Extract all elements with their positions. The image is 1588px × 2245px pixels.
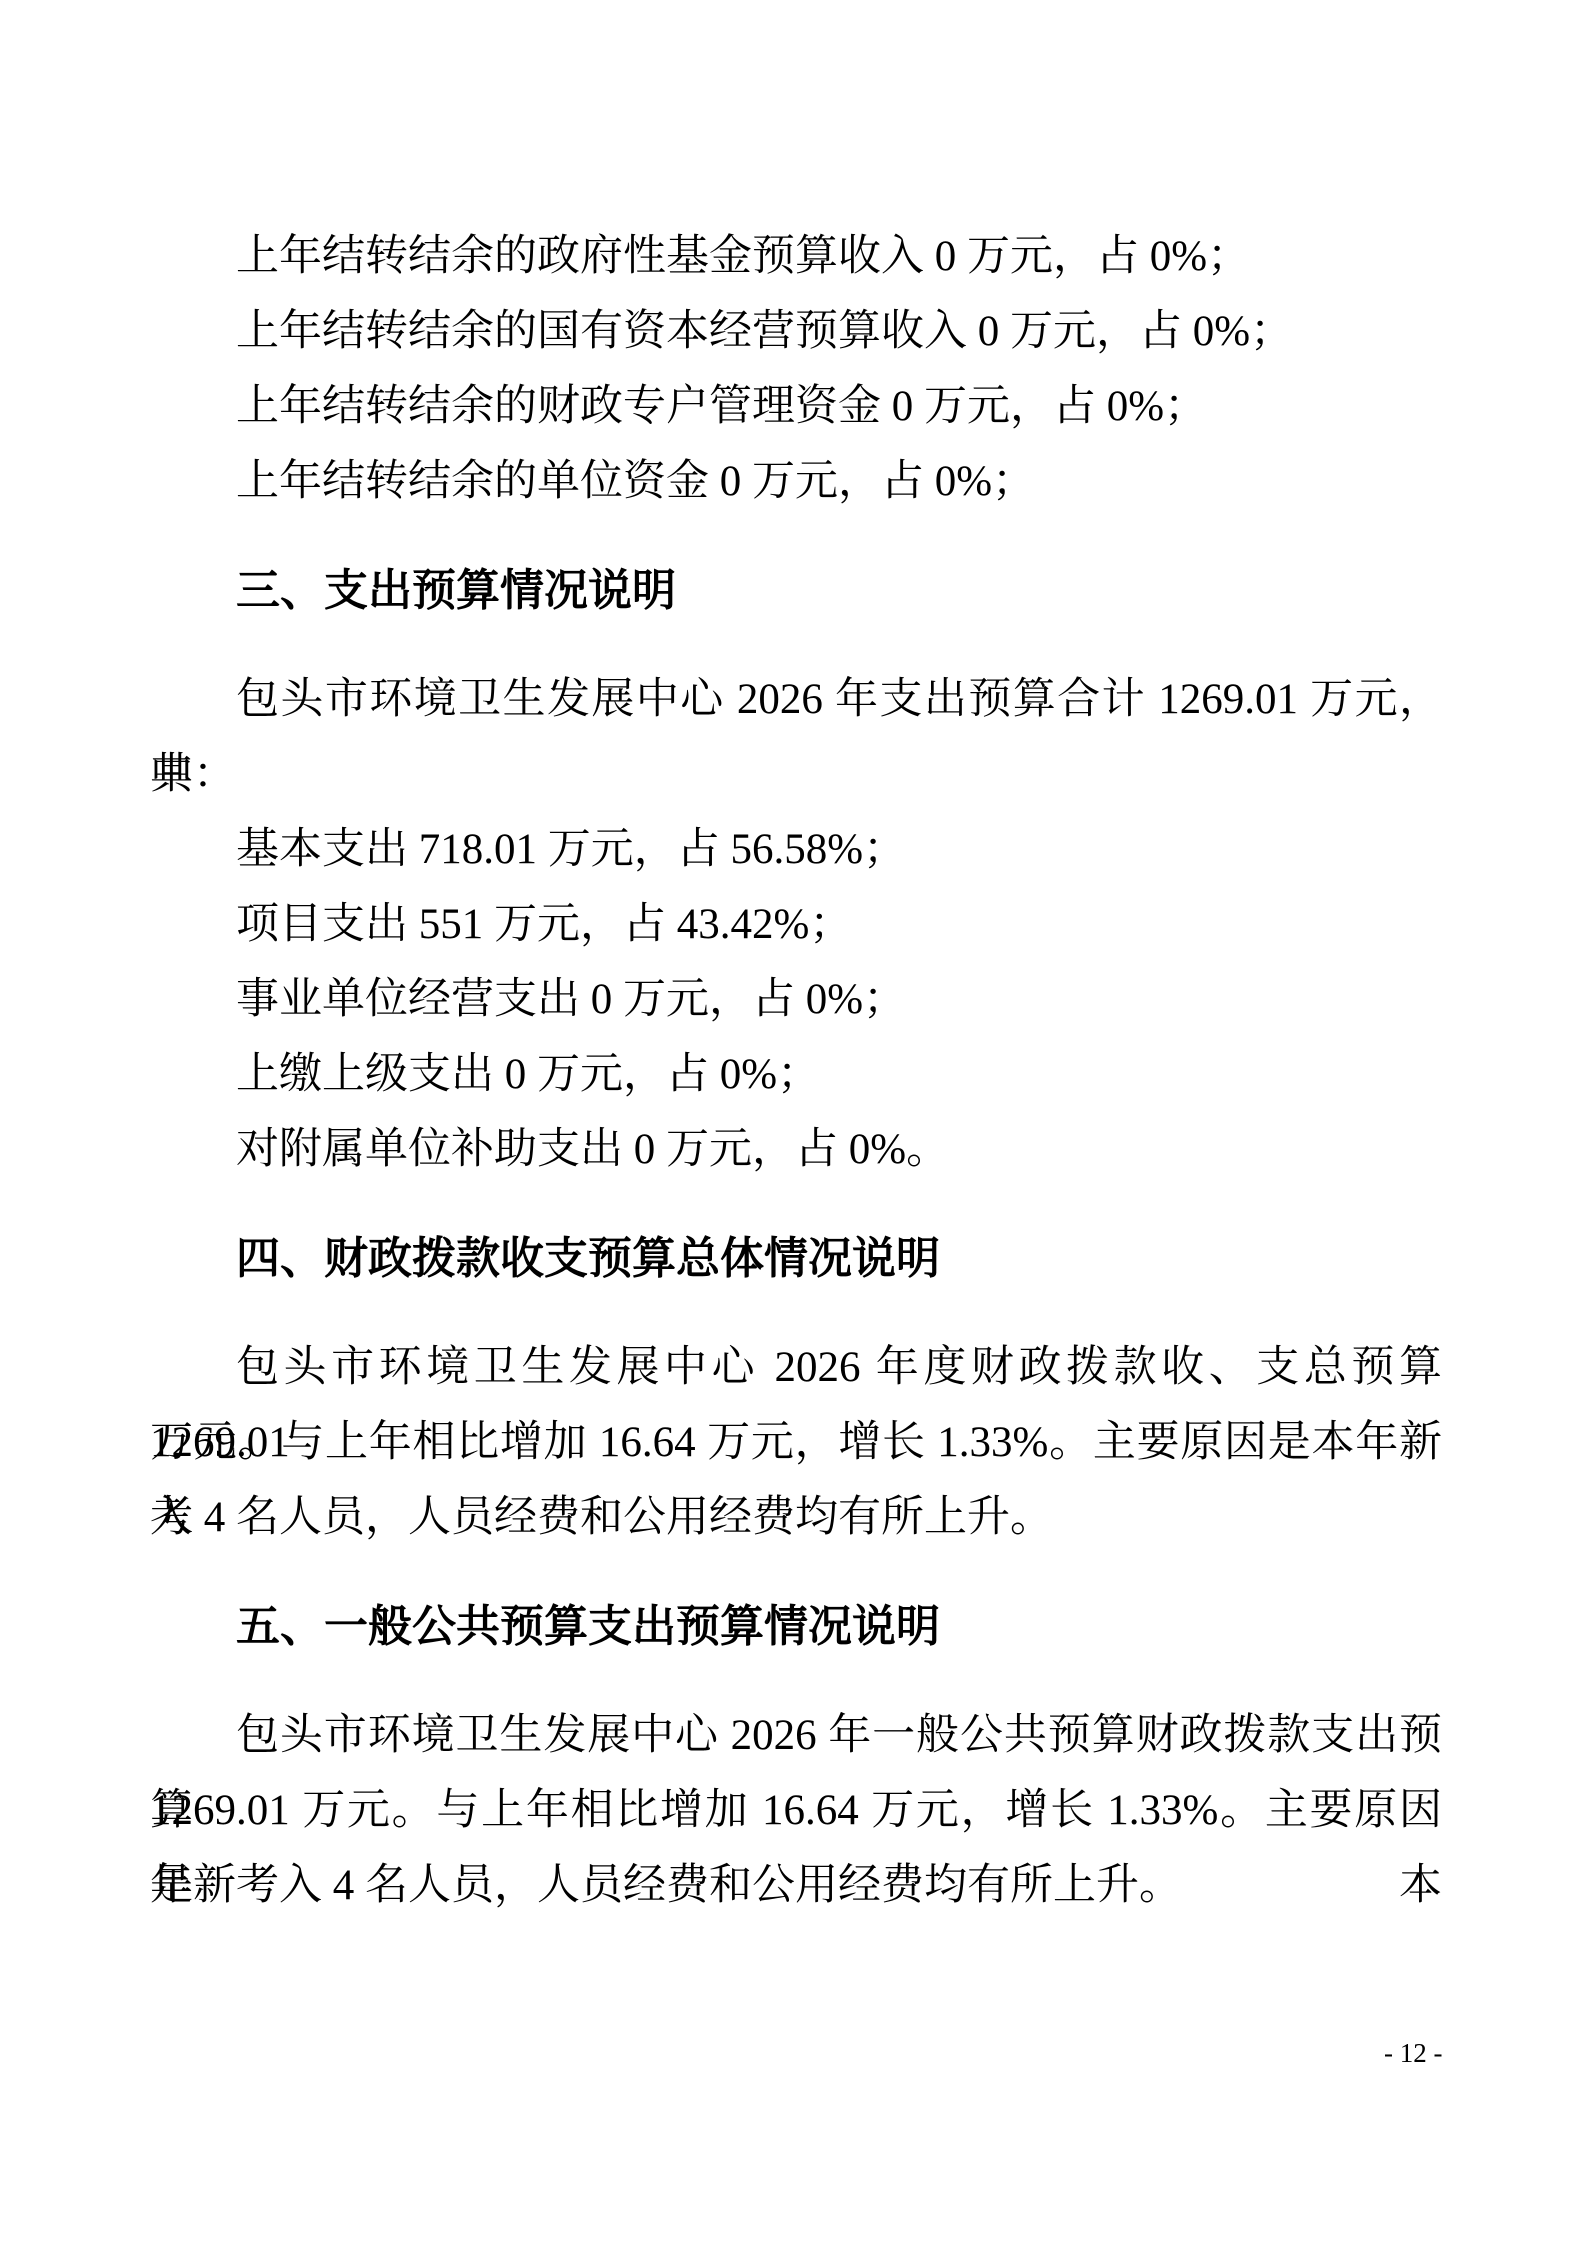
section3-paragraph-line2: 中： [150,737,1442,812]
carryover-line-statecapital: 上年结转结余的国有资本经营预算收入 0 万元，占 0%； [150,294,1442,369]
section3-item-upward-payment: 上缴上级支出 0 万元，占 0%； [150,1037,1442,1112]
section4-paragraph-line3: 入 4 名人员，人员经费和公用经费均有所上升。 [150,1480,1442,1555]
page-number: - 12 - [1384,2036,1442,2070]
carryover-line-unitfunds: 上年结转结余的单位资金 0 万元，占 0%； [150,444,1442,519]
section3-item-operating-expense: 事业单位经营支出 0 万元，占 0%； [150,962,1442,1037]
section3-item-subsidy-expense: 对附属单位补助支出 0 万元，占 0%。 [150,1112,1442,1187]
section5-paragraph-line1: 包头市环境卫生发展中心 2026 年一般公共预算财政拨款支出预算 [150,1698,1442,1773]
carryover-line-fiscalaccount: 上年结转结余的财政专户管理资金 0 万元，占 0%； [150,369,1442,444]
carryover-line-govfund: 上年结转结余的政府性基金预算收入 0 万元，占 0%； [150,219,1442,294]
section4-heading: 四、财政拨款收支预算总体情况说明 [150,1221,1442,1296]
section5-paragraph-line2: 1269.01 万元。与上年相比增加 16.64 万元，增长 1.33%。主要原… [150,1773,1442,1848]
section4-paragraph-line2: 万元。与上年相比增加 16.64 万元，增长 1.33%。主要原因是本年新考 [150,1405,1442,1480]
section3-item-project-expense: 项目支出 551 万元，占 43.42%； [150,887,1442,962]
section5-heading: 五、一般公共预算支出预算情况说明 [150,1589,1442,1664]
section3-heading: 三、支出预算情况说明 [150,553,1442,628]
section4-paragraph-line1: 包头市环境卫生发展中心 2026 年度财政拨款收、支总预算 1269.01 [150,1330,1442,1405]
section3-paragraph-line1: 包头市环境卫生发展中心 2026 年支出预算合计 1269.01 万元，其 [150,662,1442,737]
section3-item-basic-expense: 基本支出 718.01 万元，占 56.58%； [150,812,1442,887]
document-page: 上年结转结余的政府性基金预算收入 0 万元，占 0%； 上年结转结余的国有资本经… [0,0,1588,2245]
page-content: 上年结转结余的政府性基金预算收入 0 万元，占 0%； 上年结转结余的国有资本经… [150,219,1442,1923]
